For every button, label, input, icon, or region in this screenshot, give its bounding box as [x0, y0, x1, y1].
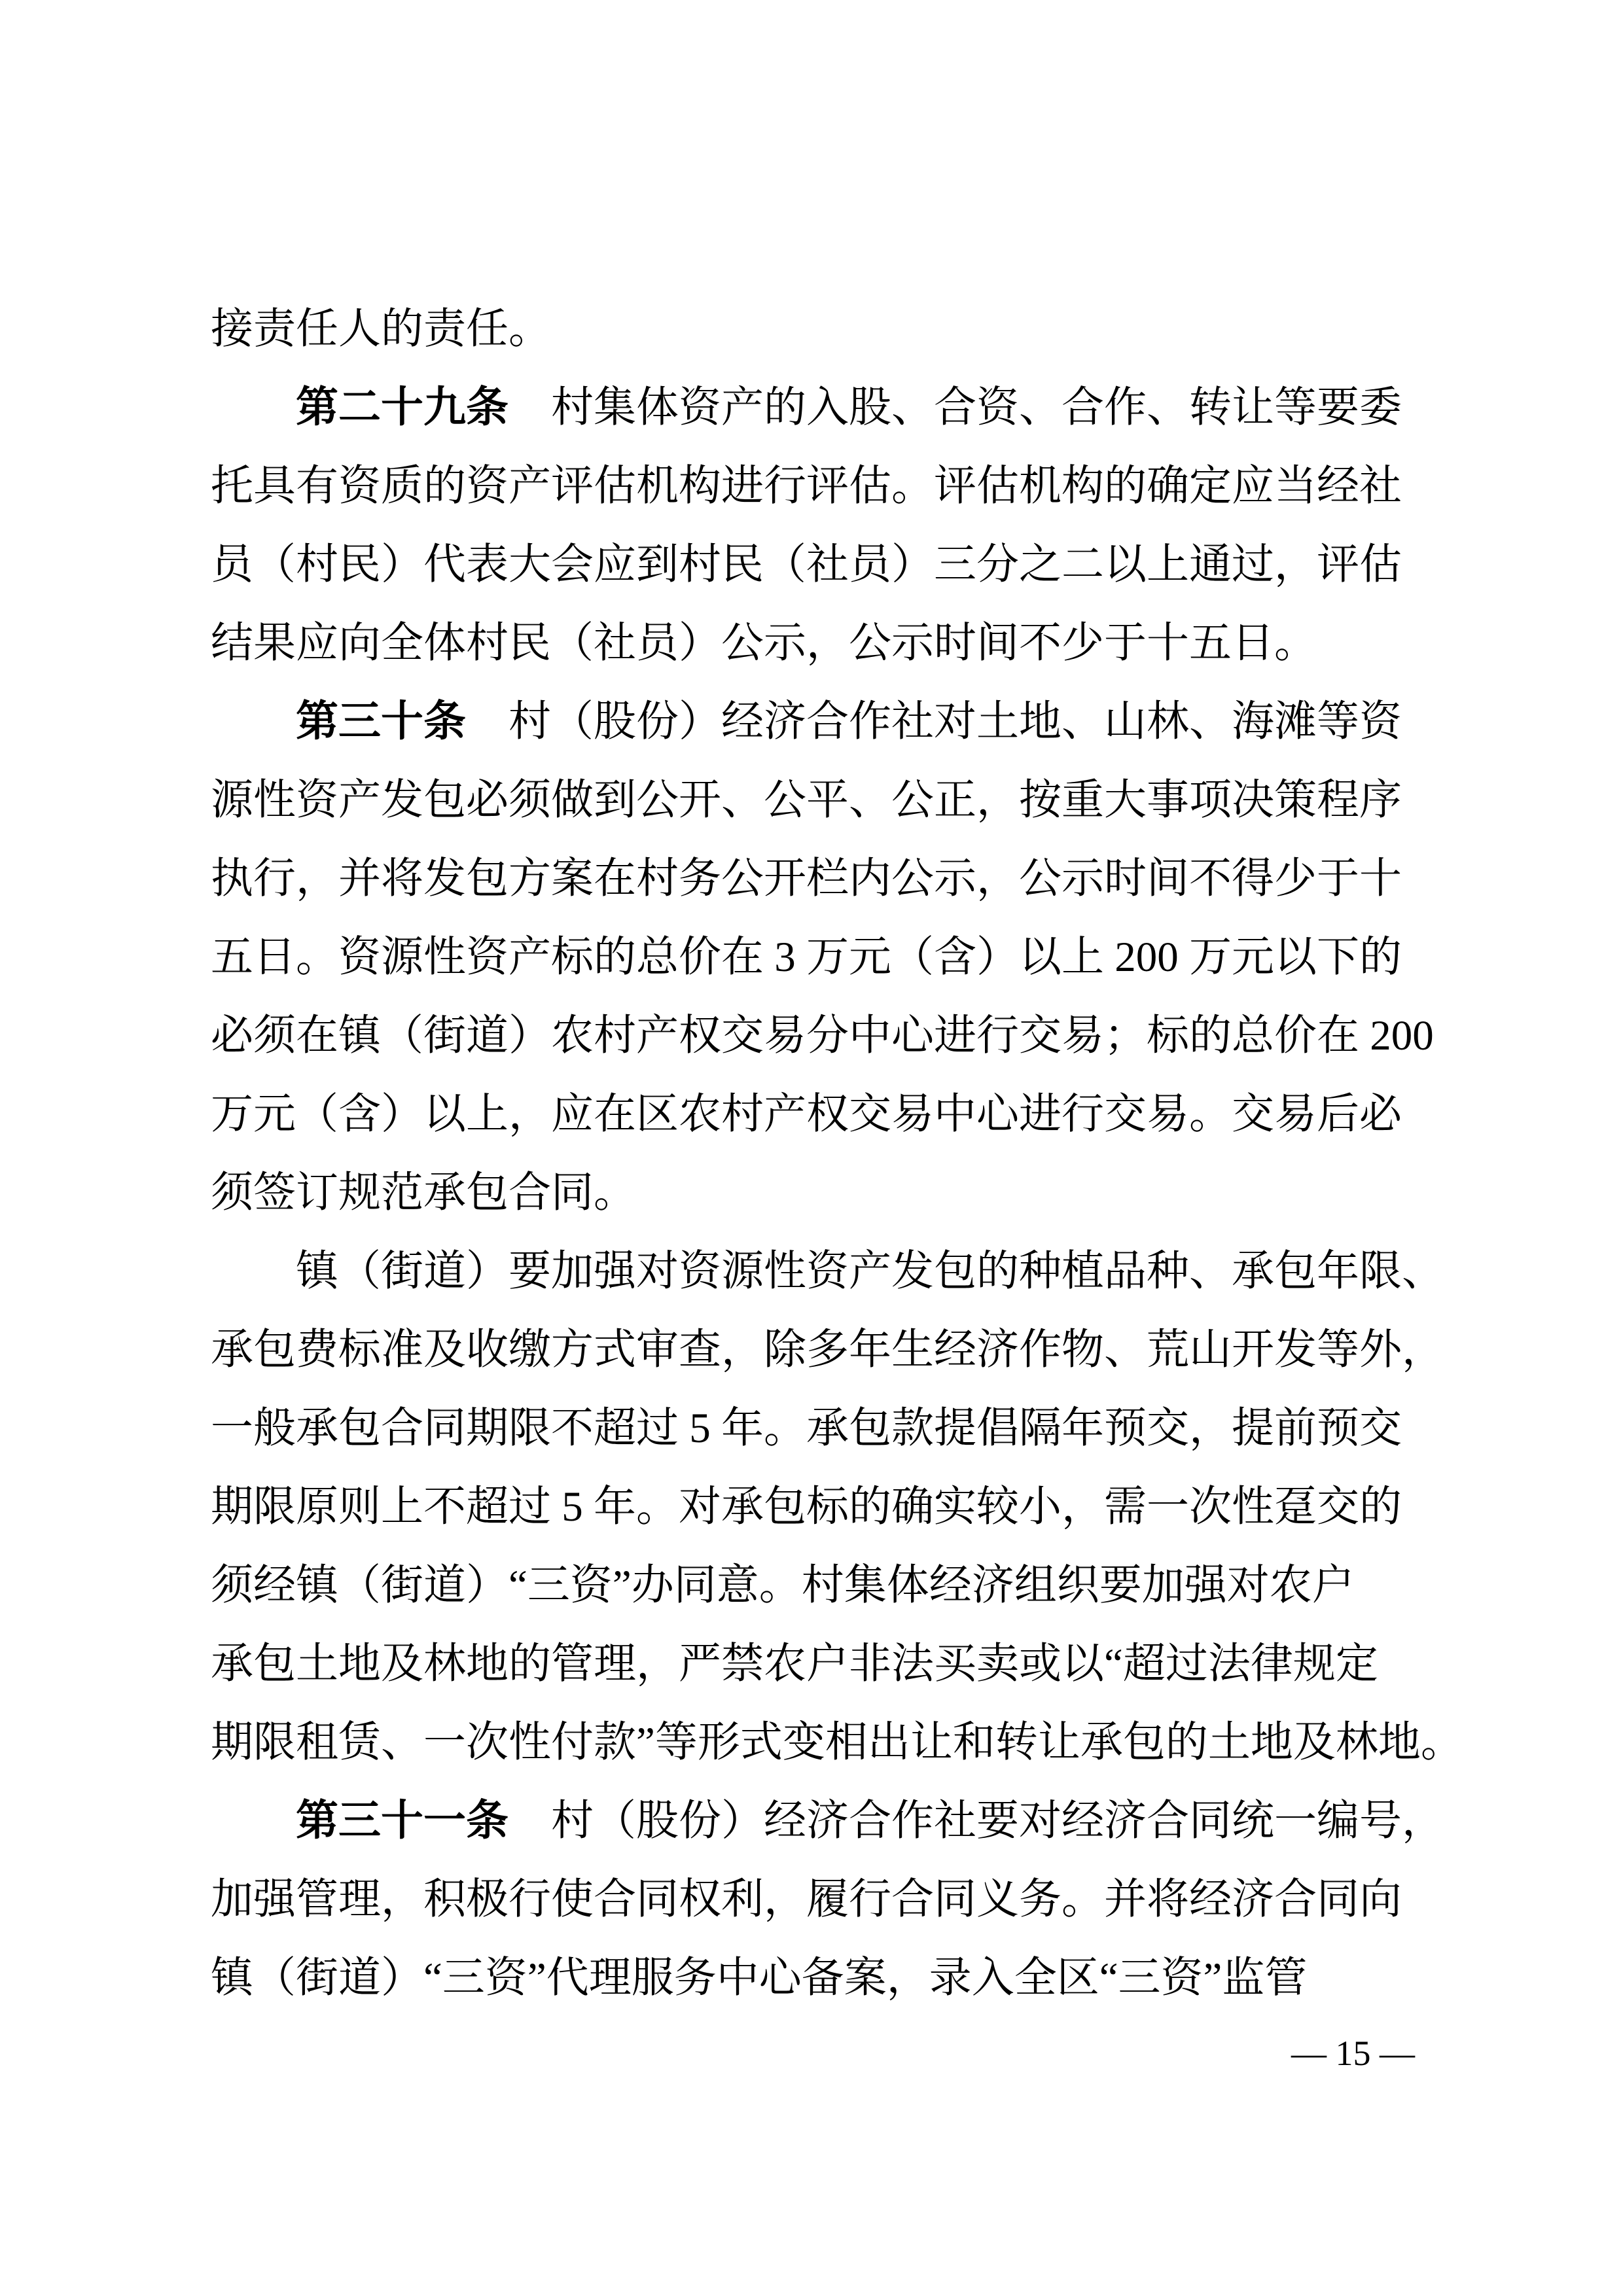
- text-line: 承包费标准及收缴方式审查，除多年生经济作物、荒山开发等外，: [211, 1311, 1428, 1389]
- text-line: 第三十条 村（股份）经济合作社对土地、山林、海滩等资: [211, 682, 1428, 761]
- line-text: 镇（街道）“三资”代理服务中心备案，录入全区“三资”监管: [211, 1954, 1307, 2002]
- line-text: 须经镇（街道）“三资”办同意。村集体经济组织要加强对农户: [211, 1562, 1355, 1609]
- line-text: 源性资产发包必须做到公开、公平、公正，按重大事项决策程序: [211, 777, 1402, 824]
- text-line: 五日。资源性资产标的总价在 3 万元（含）以上 200 万元以下的: [211, 918, 1428, 997]
- text-line: 第二十九条 村集体资产的入股、合资、合作、转让等要委: [211, 368, 1428, 447]
- line-text: 须签订规范承包合同。: [211, 1169, 636, 1216]
- text-line: 期限租赁、一次性付款”等形式变相出让和转让承包的土地及林地。: [211, 1703, 1428, 1782]
- text-line: 一般承包合同期限不超过 5 年。承包款提倡隔年预交，提前预交: [211, 1389, 1428, 1468]
- text-line: 源性资产发包必须做到公开、公平、公正，按重大事项决策程序: [211, 761, 1428, 839]
- line-text: 村（股份）经济合作社对土地、山林、海滩等资: [466, 698, 1402, 745]
- document-page: 接责任人的责任。 第二十九条 村集体资产的入股、合资、合作、转让等要委 托具有资…: [0, 0, 1623, 2296]
- line-text: 员（村民）代表大会应到村民（社员）三分之二以上通过，评估: [211, 541, 1402, 588]
- text-line: 结果应向全体村民（社员）公示，公示时间不少于十五日。: [211, 604, 1428, 682]
- text-line: 必须在镇（街道）农村产权交易分中心进行交易；标的总价在 200: [211, 997, 1428, 1075]
- line-text: 村（股份）经济合作社要对经济合同统一编号，: [508, 1797, 1444, 1845]
- line-text: 镇（街道）要加强对资源性资产发包的种植品种、承包年限、: [296, 1248, 1444, 1295]
- text-line: 须经镇（街道）“三资”办同意。村集体经济组织要加强对农户: [211, 1546, 1428, 1625]
- text-line: 员（村民）代表大会应到村民（社员）三分之二以上通过，评估: [211, 525, 1428, 604]
- page-number: — 15 —: [1291, 2034, 1415, 2073]
- text-line: 万元（含）以上，应在区农村产权交易中心进行交易。交易后必: [211, 1075, 1428, 1154]
- article-number: 第二十九条: [296, 384, 508, 431]
- line-text: 承包费标准及收缴方式审查，除多年生经济作物、荒山开发等外，: [211, 1326, 1444, 1373]
- line-text: 托具有资质的资产评估机构进行评估。评估机构的确定应当经社: [211, 463, 1402, 510]
- line-text: 结果应向全体村民（社员）公示，公示时间不少于十五日。: [211, 620, 1317, 667]
- text-line: 镇（街道）要加强对资源性资产发包的种植品种、承包年限、: [211, 1232, 1428, 1311]
- line-text: 期限原则上不超过 5 年。对承包标的确实较小，需一次性趸交的: [211, 1483, 1402, 1530]
- text-line: 加强管理，积极行使合同权利，履行合同义务。并将经济合同向: [211, 1860, 1428, 1939]
- line-text: 加强管理，积极行使合同权利，履行合同义务。并将经济合同向: [211, 1876, 1402, 1923]
- text-line: 托具有资质的资产评估机构进行评估。评估机构的确定应当经社: [211, 447, 1428, 525]
- document-body: 接责任人的责任。 第二十九条 村集体资产的入股、合资、合作、转让等要委 托具有资…: [211, 290, 1428, 2017]
- line-text: 接责任人的责任。: [211, 306, 551, 353]
- line-text: 村集体资产的入股、合资、合作、转让等要委: [508, 384, 1402, 431]
- text-line: 须签订规范承包合同。: [211, 1154, 1428, 1232]
- line-text: 五日。资源性资产标的总价在 3 万元（含）以上 200 万元以下的: [211, 934, 1402, 981]
- text-line: 接责任人的责任。: [211, 290, 1428, 368]
- text-line: 镇（街道）“三资”代理服务中心备案，录入全区“三资”监管: [211, 1939, 1428, 2017]
- line-text: 执行，并将发包方案在村务公开栏内公示，公示时间不得少于十: [211, 855, 1402, 902]
- text-line: 承包土地及林地的管理，严禁农户非法买卖或以“超过法律规定: [211, 1625, 1428, 1703]
- line-text: 一般承包合同期限不超过 5 年。承包款提倡隔年预交，提前预交: [211, 1405, 1402, 1452]
- line-text: 承包土地及林地的管理，严禁农户非法买卖或以“超过法律规定: [211, 1640, 1378, 1687]
- line-text: 必须在镇（街道）农村产权交易分中心进行交易；标的总价在 200: [211, 1012, 1434, 1059]
- text-line: 执行，并将发包方案在村务公开栏内公示，公示时间不得少于十: [211, 839, 1428, 918]
- article-number: 第三十条: [296, 698, 466, 745]
- line-text: 万元（含）以上，应在区农村产权交易中心进行交易。交易后必: [211, 1091, 1402, 1138]
- line-text: 期限租赁、一次性付款”等形式变相出让和转让承包的土地及林地。: [211, 1719, 1463, 1766]
- text-line: 第三十一条 村（股份）经济合作社要对经济合同统一编号，: [211, 1782, 1428, 1860]
- article-number: 第三十一条: [296, 1797, 508, 1845]
- text-line: 期限原则上不超过 5 年。对承包标的确实较小，需一次性趸交的: [211, 1468, 1428, 1546]
